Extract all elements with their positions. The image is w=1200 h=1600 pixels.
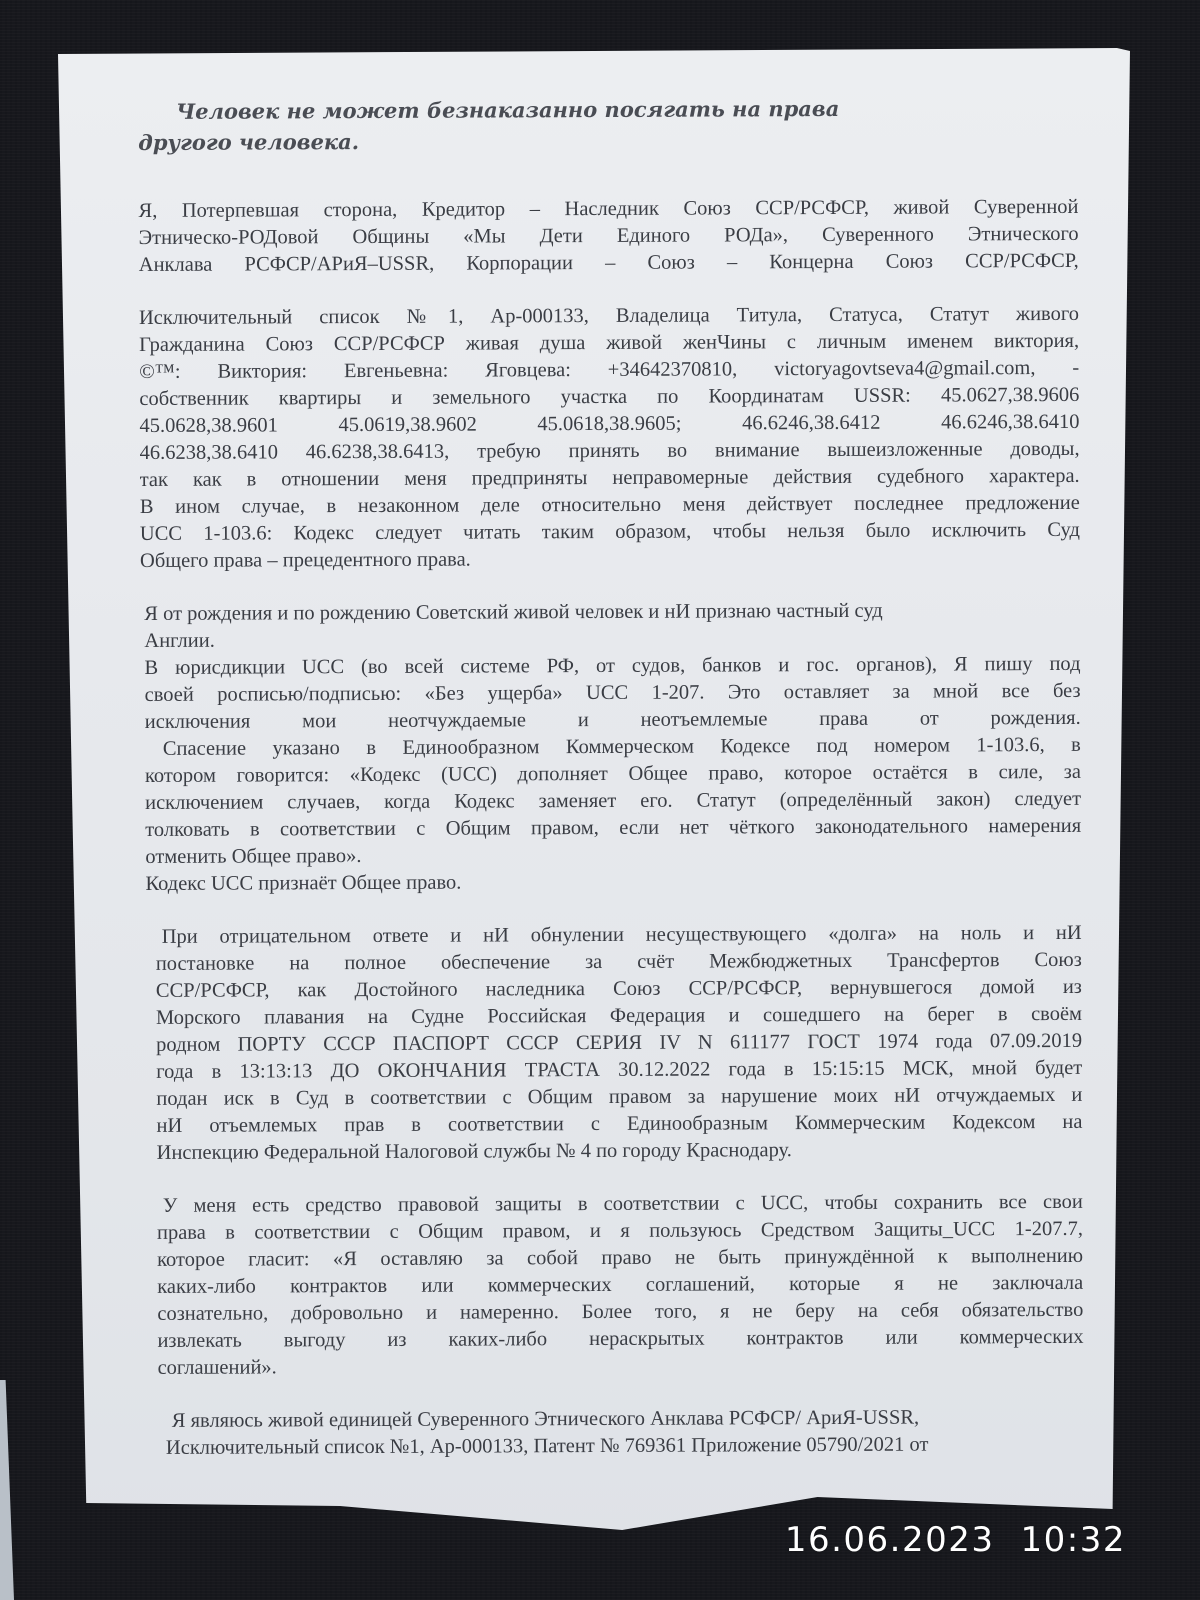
text-line: Спасение указано в Единообразном Коммерч… — [145, 732, 1081, 763]
text-line: Я от рождения и по рождению Советский жи… — [144, 597, 1080, 628]
coordinates-line: 46.6238,38.6410 46.6238,38.6413, требую … — [140, 436, 1080, 467]
text-line: Кодекс UCC признаёт Общее право. — [145, 867, 1081, 898]
text-line: Анклава РСФСР/АРиЯ–USSR, Корпорации – Со… — [139, 248, 1079, 279]
paragraph-lawsuit-notice: При отрицательном ответе и нИ обнулении … — [142, 920, 1083, 1167]
text-line: Англии. — [144, 624, 1080, 655]
text-line: сознательно, добровольно и намеренно. Бо… — [157, 1297, 1083, 1328]
text-line: постановке на полное обеспечение за счёт… — [156, 947, 1082, 978]
document-title: Человек не может безнаказанно посягать н… — [138, 93, 938, 158]
text-line: подан иск в Суд в соответствии с Общим п… — [156, 1082, 1082, 1113]
text-line: Я, Потерпевшая сторона, Кредитор – Насле… — [138, 194, 1078, 225]
text-line: права в соответствии с Общим правом, и я… — [157, 1216, 1083, 1247]
paragraph-claimant-identity: Я, Потерпевшая сторона, Кредитор – Насле… — [138, 194, 1078, 279]
timestamp-date: 16.06.2023 — [785, 1520, 995, 1560]
text-line: Я являюсь живой единицей Суверенного Этн… — [166, 1404, 1084, 1435]
text-line: родном ПОРТУ СССР ПАСПОРТ СССР СЕРИЯ IV … — [156, 1028, 1082, 1059]
text-line: года в 13:13:13 ДО ОКОНЧАНИЯ ТРАСТА 30.1… — [156, 1055, 1082, 1086]
text-line: Исключительный список №1, Ар-000133, Вла… — [139, 301, 1079, 332]
text-line: своей росписью/подписью: «Без ущерба» UC… — [145, 678, 1081, 709]
text-line: извлекать выгоду из каких-либо нераскрыт… — [157, 1324, 1083, 1355]
text-line: каких-либо контрактов или коммерческих с… — [157, 1270, 1083, 1301]
document-body: Человек не может безнаказанно посягать н… — [138, 92, 1084, 1462]
text-line: так как в отношении меня предприняты неп… — [140, 463, 1080, 494]
text-line: В ином случае, в незаконном деле относит… — [140, 490, 1080, 521]
text-line: отменить Общее право». — [145, 840, 1081, 871]
text-line: При отрицательном ответе и нИ обнулении … — [156, 920, 1082, 951]
text-line: Инспекцию Федеральной Налоговой службы №… — [157, 1136, 1083, 1167]
text-line: соглашений». — [157, 1351, 1083, 1382]
text-line: Общего права – прецедентного права. — [140, 544, 1080, 575]
paragraph-enclave-membership: Я являюсь живой единицей Суверенного Этн… — [144, 1404, 1084, 1462]
text-line: Этническо-РОДовой Общины «Мы Дети Единог… — [139, 221, 1079, 252]
paragraph-owner-details: Исключительный список №1, Ар-000133, Вла… — [139, 301, 1080, 575]
text-line: Исключительный список №1, Ар-000133, Пат… — [166, 1431, 1084, 1462]
coordinates-line: 45.0628,38.9601 45.0619,38.9602 45.0618,… — [139, 409, 1079, 440]
text-line: котором говорится: «Кодекс (UCC) дополня… — [145, 759, 1081, 790]
text-line: нИ отъемлемых прав в соответствии с Един… — [156, 1109, 1082, 1140]
paragraph-ucc-jurisdiction: Я от рождения и по рождению Советский жи… — [140, 597, 1081, 898]
text-line: исключения мои неотчуждаемые и неотъемле… — [145, 705, 1081, 736]
paragraph-remedy: У меня есть средство правовой защиты в с… — [143, 1189, 1084, 1382]
text-line: ССР/РСФСР, как Достойного наследника Сою… — [156, 974, 1082, 1005]
text-line: которое гласит: «Я оставляю за собой пра… — [157, 1243, 1083, 1274]
text-line: толковать в соответствии с Общим правом,… — [145, 813, 1081, 844]
background-paper-edge — [0, 1380, 14, 1600]
coordinates-line: собственник квартиры и земельного участк… — [139, 382, 1079, 413]
text-line: исключением случаев, когда Кодекс заменя… — [145, 786, 1081, 817]
text-line: Гражданина Союз ССР/РСФСР живая душа жив… — [139, 328, 1079, 359]
text-line: UCC 1-103.6: Кодекс следует читать таким… — [140, 517, 1080, 548]
text-line: В юрисдикции UCC (во всей системе РФ, от… — [144, 651, 1080, 682]
timestamp-time: 10:32 — [1021, 1520, 1126, 1560]
contact-line: ©™: Виктория: Евгеньевна: Яговцева: +346… — [139, 355, 1079, 386]
text-line: Морского плавания на Судне Российская Фе… — [156, 1001, 1082, 1032]
photo-timestamp: 16.06.202310:32 — [785, 1520, 1126, 1560]
text-line: У меня есть средство правовой защиты в с… — [157, 1189, 1083, 1220]
